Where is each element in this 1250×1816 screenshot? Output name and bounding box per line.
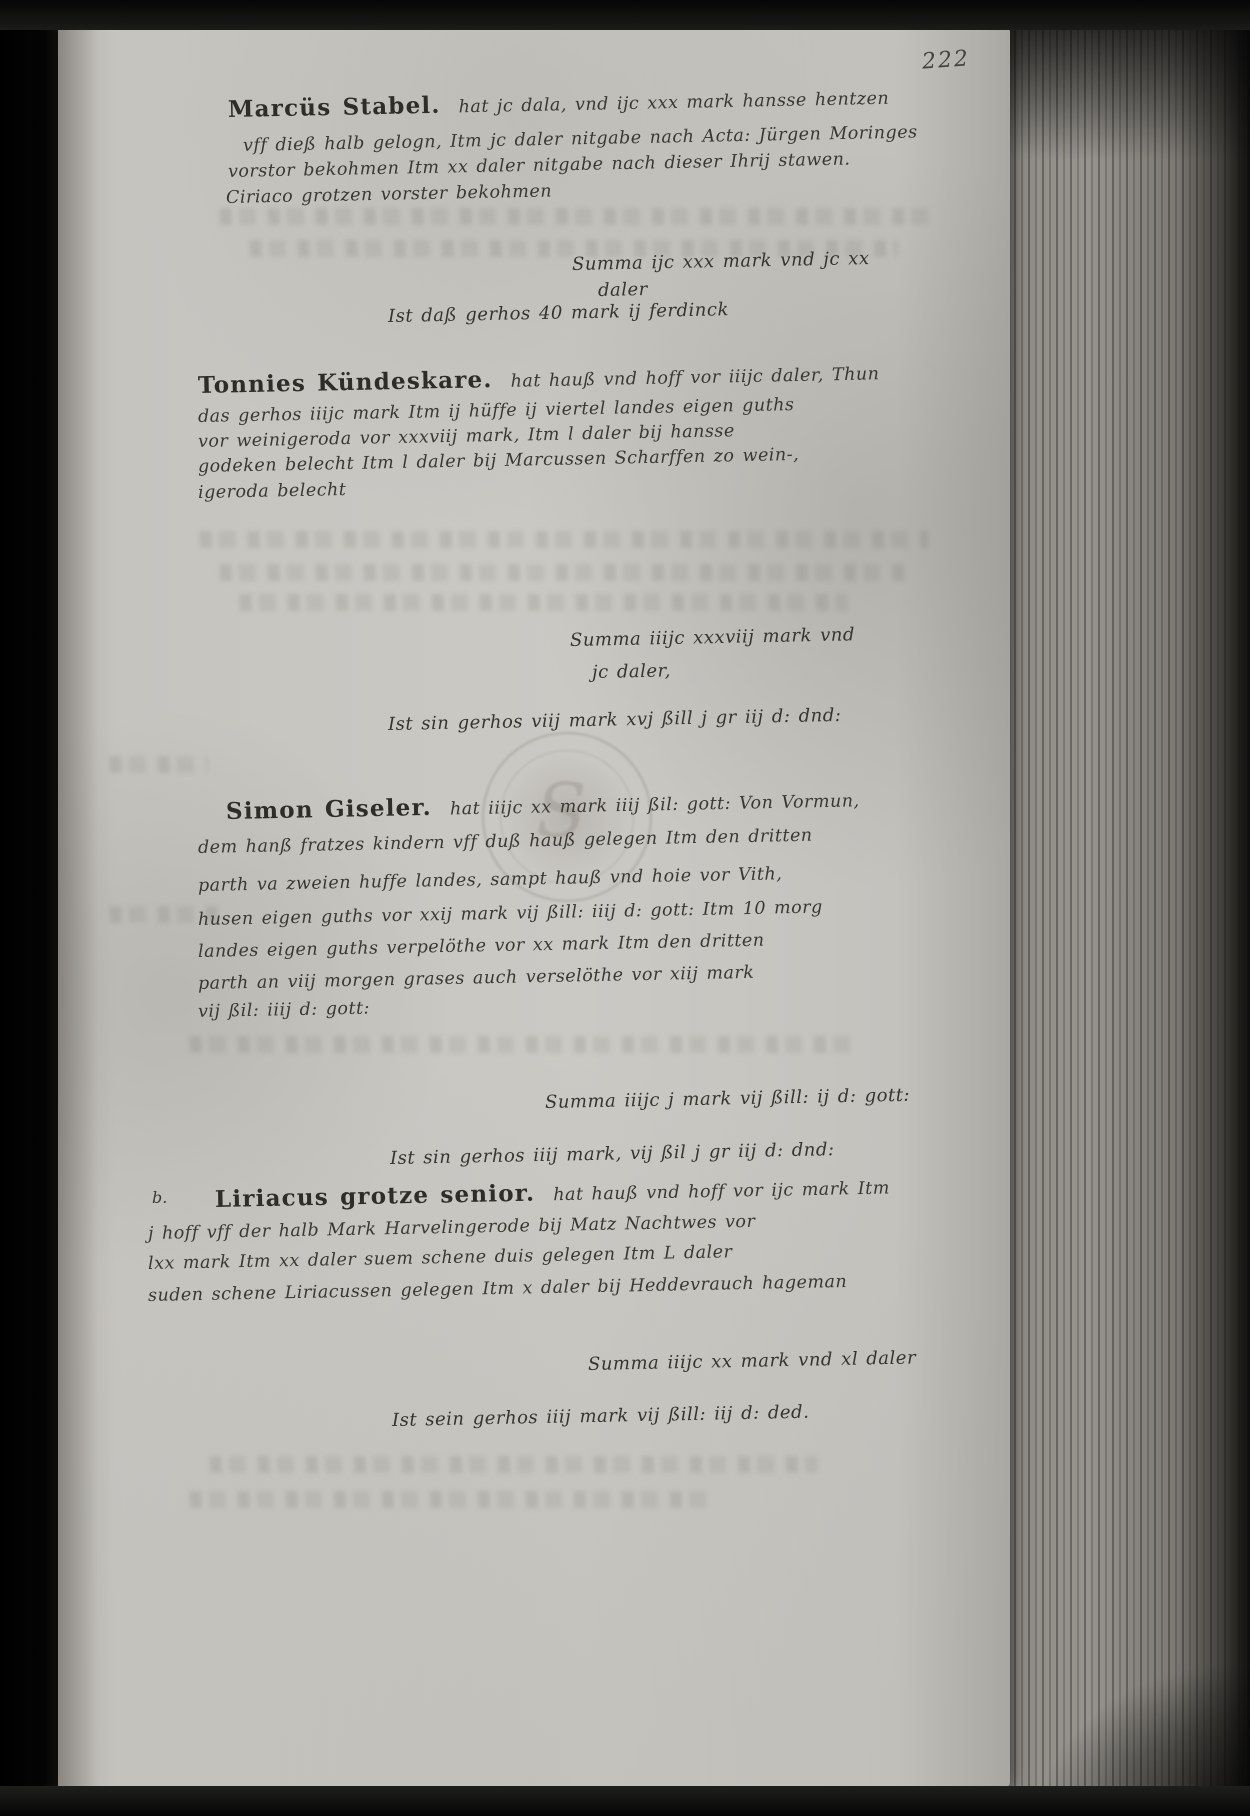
summa-line: Summa iiijc xxxviij mark vnd — [570, 624, 855, 651]
gerhob-line: Ist sin gerhos viij mark xvj ßill j gr i… — [388, 705, 842, 735]
manuscript-line: vij ßil: iiij d: gott: — [198, 999, 370, 1022]
summa-line: Summa iiijc j mark vij ßill: ij d: gott: — [545, 1085, 910, 1113]
manuscript-line: igeroda belecht — [198, 480, 347, 503]
gerhob-line: Ist daß gerhos 40 mark ij ferdinck — [388, 299, 729, 327]
manuscript-line: landes eigen guths verpelöthe vor xx mar… — [198, 931, 765, 962]
bleedthrough-text — [98, 756, 208, 773]
summa-carry-line: jc daler, — [592, 660, 671, 683]
photo-top-border — [0, 0, 1250, 30]
manuscript-line: parth va zweien huffe landes, sampt hauß… — [198, 864, 783, 896]
entry-name: Simon Giseler. — [226, 794, 432, 825]
bleedthrough-text — [208, 564, 908, 581]
manuscript-line: husen eigen guths vor xxij mark vij ßill… — [198, 897, 823, 930]
gerhob-line: Ist sin gerhos iiij mark, vij ßil j gr i… — [390, 1139, 835, 1169]
summa-carry-line: daler — [598, 279, 648, 301]
entry-name: Liriacus grotze senior. — [215, 1180, 536, 1213]
manuscript-line: lxx mark Itm xx daler suem schene duis g… — [148, 1242, 733, 1274]
bleedthrough-text — [198, 1456, 818, 1473]
entry-first-line: hat jc dala, vnd ijc xxx mark hansse hen… — [458, 89, 889, 118]
gerhob-line: Ist sein gerhos iiij mark vij ßill: iij … — [392, 1402, 810, 1431]
entry-first-line: hat hauß vnd hoff vor ijc mark Itm — [553, 1178, 890, 1205]
manuscript-line: j hoff vff der halb Mark Harvelingerode … — [148, 1212, 756, 1244]
entry-name: Tonnies Kündeskare. — [198, 366, 493, 399]
bleedthrough-text — [188, 531, 928, 548]
entry-first-line: hat iiijc xx mark iiij ßil: gott: Von Vo… — [450, 791, 860, 819]
bleedthrough-text — [208, 208, 928, 225]
bleedthrough-text — [178, 1491, 718, 1508]
manuscript-line: parth an viij morgen grases auch verselö… — [198, 963, 755, 994]
manuscript-page: 222 S Marcüs Stabel. hat jc dala, vnd ij… — [58, 26, 1010, 1788]
entry-first-line: hat hauß vnd hoff vor iiijc daler, Thun — [510, 364, 879, 391]
manuscript-photo: 222 S Marcüs Stabel. hat jc dala, vnd ij… — [0, 0, 1250, 1816]
photo-bottom-border — [0, 1786, 1250, 1816]
bleedthrough-text — [178, 1036, 858, 1053]
gutter-fold-shadow — [58, 26, 98, 1788]
page-number: 222 — [921, 46, 971, 74]
summa-line: Summa iiijc xx mark vnd xl daler — [588, 1347, 916, 1375]
manuscript-line: suden schene Liriacussen gelegen Itm x d… — [148, 1272, 848, 1306]
margin-letter: b. — [152, 1188, 167, 1207]
bleedthrough-text — [228, 594, 848, 611]
page-edge-stack — [1000, 0, 1250, 1816]
entry-name: Marcüs Stabel. — [228, 92, 441, 123]
manuscript-line: Ciriaco grotzen vorster bekohmen — [226, 181, 552, 208]
